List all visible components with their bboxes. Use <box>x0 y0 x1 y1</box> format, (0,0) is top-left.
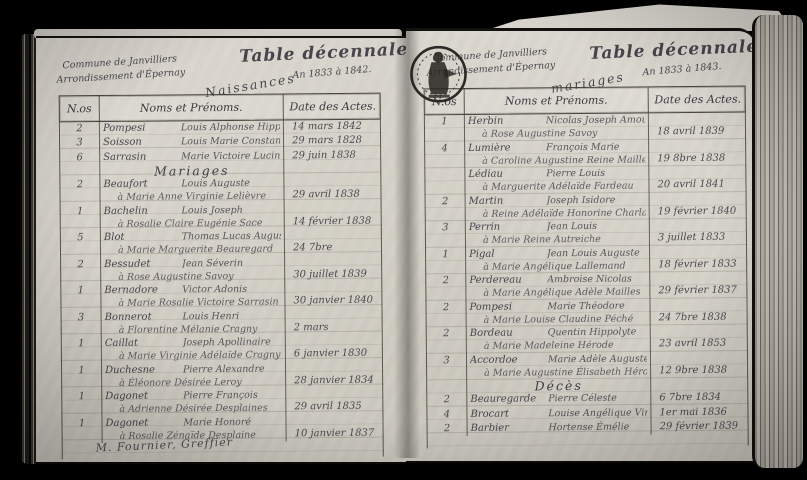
surname: Duchesne <box>105 363 183 377</box>
surname: Pompesi <box>469 300 547 314</box>
given-names: Louis Joseph <box>181 203 280 217</box>
entry-number: 2 <box>426 274 466 301</box>
column-header-date: Date des Actes. <box>649 87 747 113</box>
archive-stamp-icon <box>408 44 469 105</box>
entry-number: 2 <box>426 194 466 221</box>
page-title: Table décennale. <box>589 36 766 64</box>
given-names: Pierre Céleste <box>548 392 647 406</box>
entry-number: 1 <box>426 247 466 274</box>
table-row: 5BlotThomas Lucas Augusteà Marie Marguer… <box>61 229 381 258</box>
surname: Pigal <box>469 247 547 261</box>
surname: Accordoe <box>470 353 548 367</box>
given-names: Marie Victoire Lucine <box>181 149 280 163</box>
table-row: 2PerdereauAmbroise Nicolasà Marie Angéli… <box>426 272 746 301</box>
surname: Soisson <box>103 136 181 150</box>
entry-number: 3 <box>426 221 466 248</box>
given-names: Louis Marie Constant <box>181 135 280 149</box>
act-date: 18 avril 1839 <box>649 113 747 140</box>
table-row: 3BonnerotLouis Henrià Florentine Mélanie… <box>62 308 382 337</box>
right-page: Commune de Janvilliers Arrondissement d'… <box>406 28 754 463</box>
entry-number: 1 <box>62 337 102 364</box>
given-names: Quentin Hippolyte <box>548 325 647 339</box>
table-row: 3AccordoeMarie Adèle Augusteà Marie Augu… <box>427 351 747 380</box>
surname: Lumière <box>468 141 546 155</box>
act-date: 29 avril 1838 <box>284 176 382 203</box>
given-names: Louis Alphonse Hippolyte <box>181 120 280 134</box>
act-date: 2 mars <box>286 308 384 335</box>
register-table: N.os Noms et Prénoms. Date des Actes. 1H… <box>424 86 749 449</box>
entry-number: 2 <box>426 300 466 327</box>
given-names: Victor Adonis <box>182 282 281 296</box>
given-names: Joseph Isidore <box>546 193 645 207</box>
photo-background: Commune de Janvilliers Arrondissement d'… <box>0 0 807 480</box>
table-row: 2BordeauQuentin Hippolyteà Marie Madelei… <box>427 325 747 354</box>
table-row: 2BeaufortLouis Augusteà Marie Anne Virgi… <box>60 176 380 205</box>
page-title: Table décennale. <box>239 39 416 67</box>
page-stack-fore-edge-right <box>752 15 803 468</box>
act-date: 19 8bre 1838 <box>649 139 747 166</box>
given-names: Louise Angélique Virginie <box>548 406 647 420</box>
entry-number: 2 <box>427 393 467 408</box>
table-row: 1CaillatJoseph Apollinaireà Marie Virgin… <box>62 335 382 364</box>
given-names: Marie Honoré <box>183 415 282 429</box>
surname: Bonnerot <box>105 310 183 324</box>
surname: Lédiau <box>468 167 546 181</box>
surname: Blot <box>104 230 182 244</box>
years-range: An 1833 à 1843. <box>642 61 722 78</box>
given-names: Pierre François <box>183 388 282 402</box>
table-header-row: N.os Noms et Prénoms. Date des Actes. <box>59 93 381 123</box>
entry-number: 1 <box>425 115 465 142</box>
table-row: 1BernadoreVictor Adonisà Marie Rosalie V… <box>61 282 381 311</box>
surname: Beaufort <box>103 177 181 191</box>
given-names: Nicolas Joseph Amour <box>546 113 645 127</box>
table-row: LédiauPierre Louisà Marguerite Adélaïde … <box>425 166 745 195</box>
act-date: 24 7bre <box>285 229 383 256</box>
entry-number: 2 <box>428 422 468 437</box>
entry-number: 3 <box>60 136 100 151</box>
surname: Bachelin <box>104 204 182 218</box>
column-header-names: Noms et Prénoms. <box>465 87 649 114</box>
surname: Bernadore <box>104 283 182 297</box>
table-row: 2BarbierHortense Émélie29 février 1839 <box>428 419 748 436</box>
act-date: 14 mars 1842 <box>284 120 382 135</box>
table-row: 3PerrinJean Louisà Marie Reine Autreiche… <box>426 219 746 248</box>
surname: Martin <box>469 194 547 208</box>
act-date: 24 7bre 1838 <box>650 298 748 325</box>
given-names: Marie Adèle Auguste <box>548 352 647 366</box>
given-names: Louis Henri <box>182 309 281 323</box>
surname: Pompesi <box>103 121 181 135</box>
surname: Caillat <box>105 336 183 350</box>
surname: Bordeau <box>470 326 548 340</box>
surname: Dagonet <box>105 416 183 430</box>
entry-number: 1 <box>61 284 101 311</box>
table-row: 2BessudetJean Séverinà Rose Augustine Sa… <box>61 255 381 284</box>
column-header-date: Date des Actes. <box>284 94 382 120</box>
left-page: Commune de Janvilliers Arrondissement d'… <box>36 36 406 464</box>
given-names: Hortense Émélie <box>548 420 647 434</box>
table-body: 1HerbinNicolas Joseph Amourà Rose August… <box>424 113 749 449</box>
given-names: Louis Auguste <box>181 176 280 190</box>
given-names: Pierre Alexandre <box>183 362 282 376</box>
protruding-page-edge-top-right <box>488 4 794 31</box>
table-row: 1DagonetPierre Françoisà Adrienne Désiré… <box>62 388 382 417</box>
surname: Brocart <box>470 407 548 421</box>
given-names: Pierre Louis <box>546 166 645 180</box>
act-date: 29 avril 1835 <box>286 388 384 415</box>
act-date: 18 février 1833 <box>650 245 748 272</box>
act-date: 29 février 1837 <box>650 272 748 299</box>
act-date: 30 janvier 1840 <box>285 282 383 309</box>
given-names: Ambroise Nicolas <box>547 272 646 286</box>
act-date: 19 février 1840 <box>650 192 748 219</box>
column-header-names: Noms et Prénoms. <box>100 94 284 121</box>
surname: Sarrasin <box>103 150 181 164</box>
table-row: 1PigalJean Louis Augusteà Marie Angéliqu… <box>426 245 746 274</box>
given-names: Joseph Apollinaire <box>183 335 282 349</box>
table-row: 2PompesiMarie Théodoreà Marie Louise Cla… <box>426 298 746 327</box>
given-names: Jean Louis <box>547 219 646 233</box>
surname: Barbier <box>471 421 549 435</box>
table-row: 4LumièreFrançois Marieà Caroline Augusti… <box>425 139 745 168</box>
surname: Bessudet <box>104 257 182 271</box>
table-row: 2MartinJoseph Isidoreà Reine Adélaïde Ho… <box>426 192 746 221</box>
given-names: Thomas Lucas Auguste <box>182 229 281 243</box>
act-date: 3 juillet 1833 <box>650 219 748 246</box>
register-table: N.os Noms et Prénoms. Date des Actes. 2P… <box>59 93 384 460</box>
act-date: 6 janvier 1830 <box>286 335 384 362</box>
act-date: 29 juin 1838 <box>284 148 382 163</box>
act-date: 14 février 1838 <box>285 202 383 229</box>
table-body: 2PompesiLouis Alphonse Hippolyte14 mars … <box>59 120 384 460</box>
entry-number: 2 <box>60 178 100 205</box>
entry-number: 2 <box>61 258 101 285</box>
act-date: 6 7bre 1834 <box>651 391 749 406</box>
surname: Perrin <box>469 220 547 234</box>
surname: Herbin <box>468 114 546 128</box>
given-names: Jean Séverin <box>182 256 281 270</box>
surname: Dagonet <box>105 389 183 403</box>
entry-number: 1 <box>61 205 101 232</box>
table-row: 1DuchesnePierre Alexandreà Éléonore Dési… <box>62 361 382 390</box>
entry-number: 4 <box>425 141 465 168</box>
act-date: 12 9bre 1838 <box>651 351 749 378</box>
act-date: 30 juillet 1839 <box>285 255 383 282</box>
act-date: 23 avril 1853 <box>651 325 749 352</box>
entry-number: 1 <box>62 364 102 391</box>
entry-number <box>425 168 465 195</box>
given-names: Marie Théodore <box>547 299 646 313</box>
given-names: Jean Louis Auguste <box>547 246 646 260</box>
act-date: 29 mars 1828 <box>284 134 382 149</box>
entry-number: 4 <box>427 407 467 422</box>
entry-number: 2 <box>60 122 100 137</box>
entry-number: 5 <box>61 231 101 258</box>
table-row: 1HerbinNicolas Joseph Amourà Rose August… <box>425 113 745 142</box>
entry-number: 2 <box>427 327 467 354</box>
entry-number: 1 <box>62 390 102 417</box>
surname: Perdereau <box>469 273 547 287</box>
years-range: An 1833 à 1842. <box>292 64 372 81</box>
act-date: 10 janvier 1837 <box>286 414 384 441</box>
surname: Beauregarde <box>470 393 548 407</box>
act-date: 1er mai 1836 <box>651 405 749 420</box>
entry-number: 3 <box>62 311 102 338</box>
act-date: 20 avril 1841 <box>649 166 747 193</box>
entry-number: 3 <box>427 353 467 380</box>
entry-number: 1 <box>62 417 102 444</box>
entry-number: 6 <box>60 151 100 166</box>
column-header-number: N.os <box>60 96 100 121</box>
table-row: 1BachelinLouis Josephà Rosalie Claire Eu… <box>61 202 381 231</box>
table-header-row: N.os Noms et Prénoms. Date des Actes. <box>424 86 746 116</box>
given-names: François Marie <box>546 140 645 154</box>
act-date: 29 février 1839 <box>652 419 750 434</box>
act-date: 28 janvier 1834 <box>286 361 384 388</box>
